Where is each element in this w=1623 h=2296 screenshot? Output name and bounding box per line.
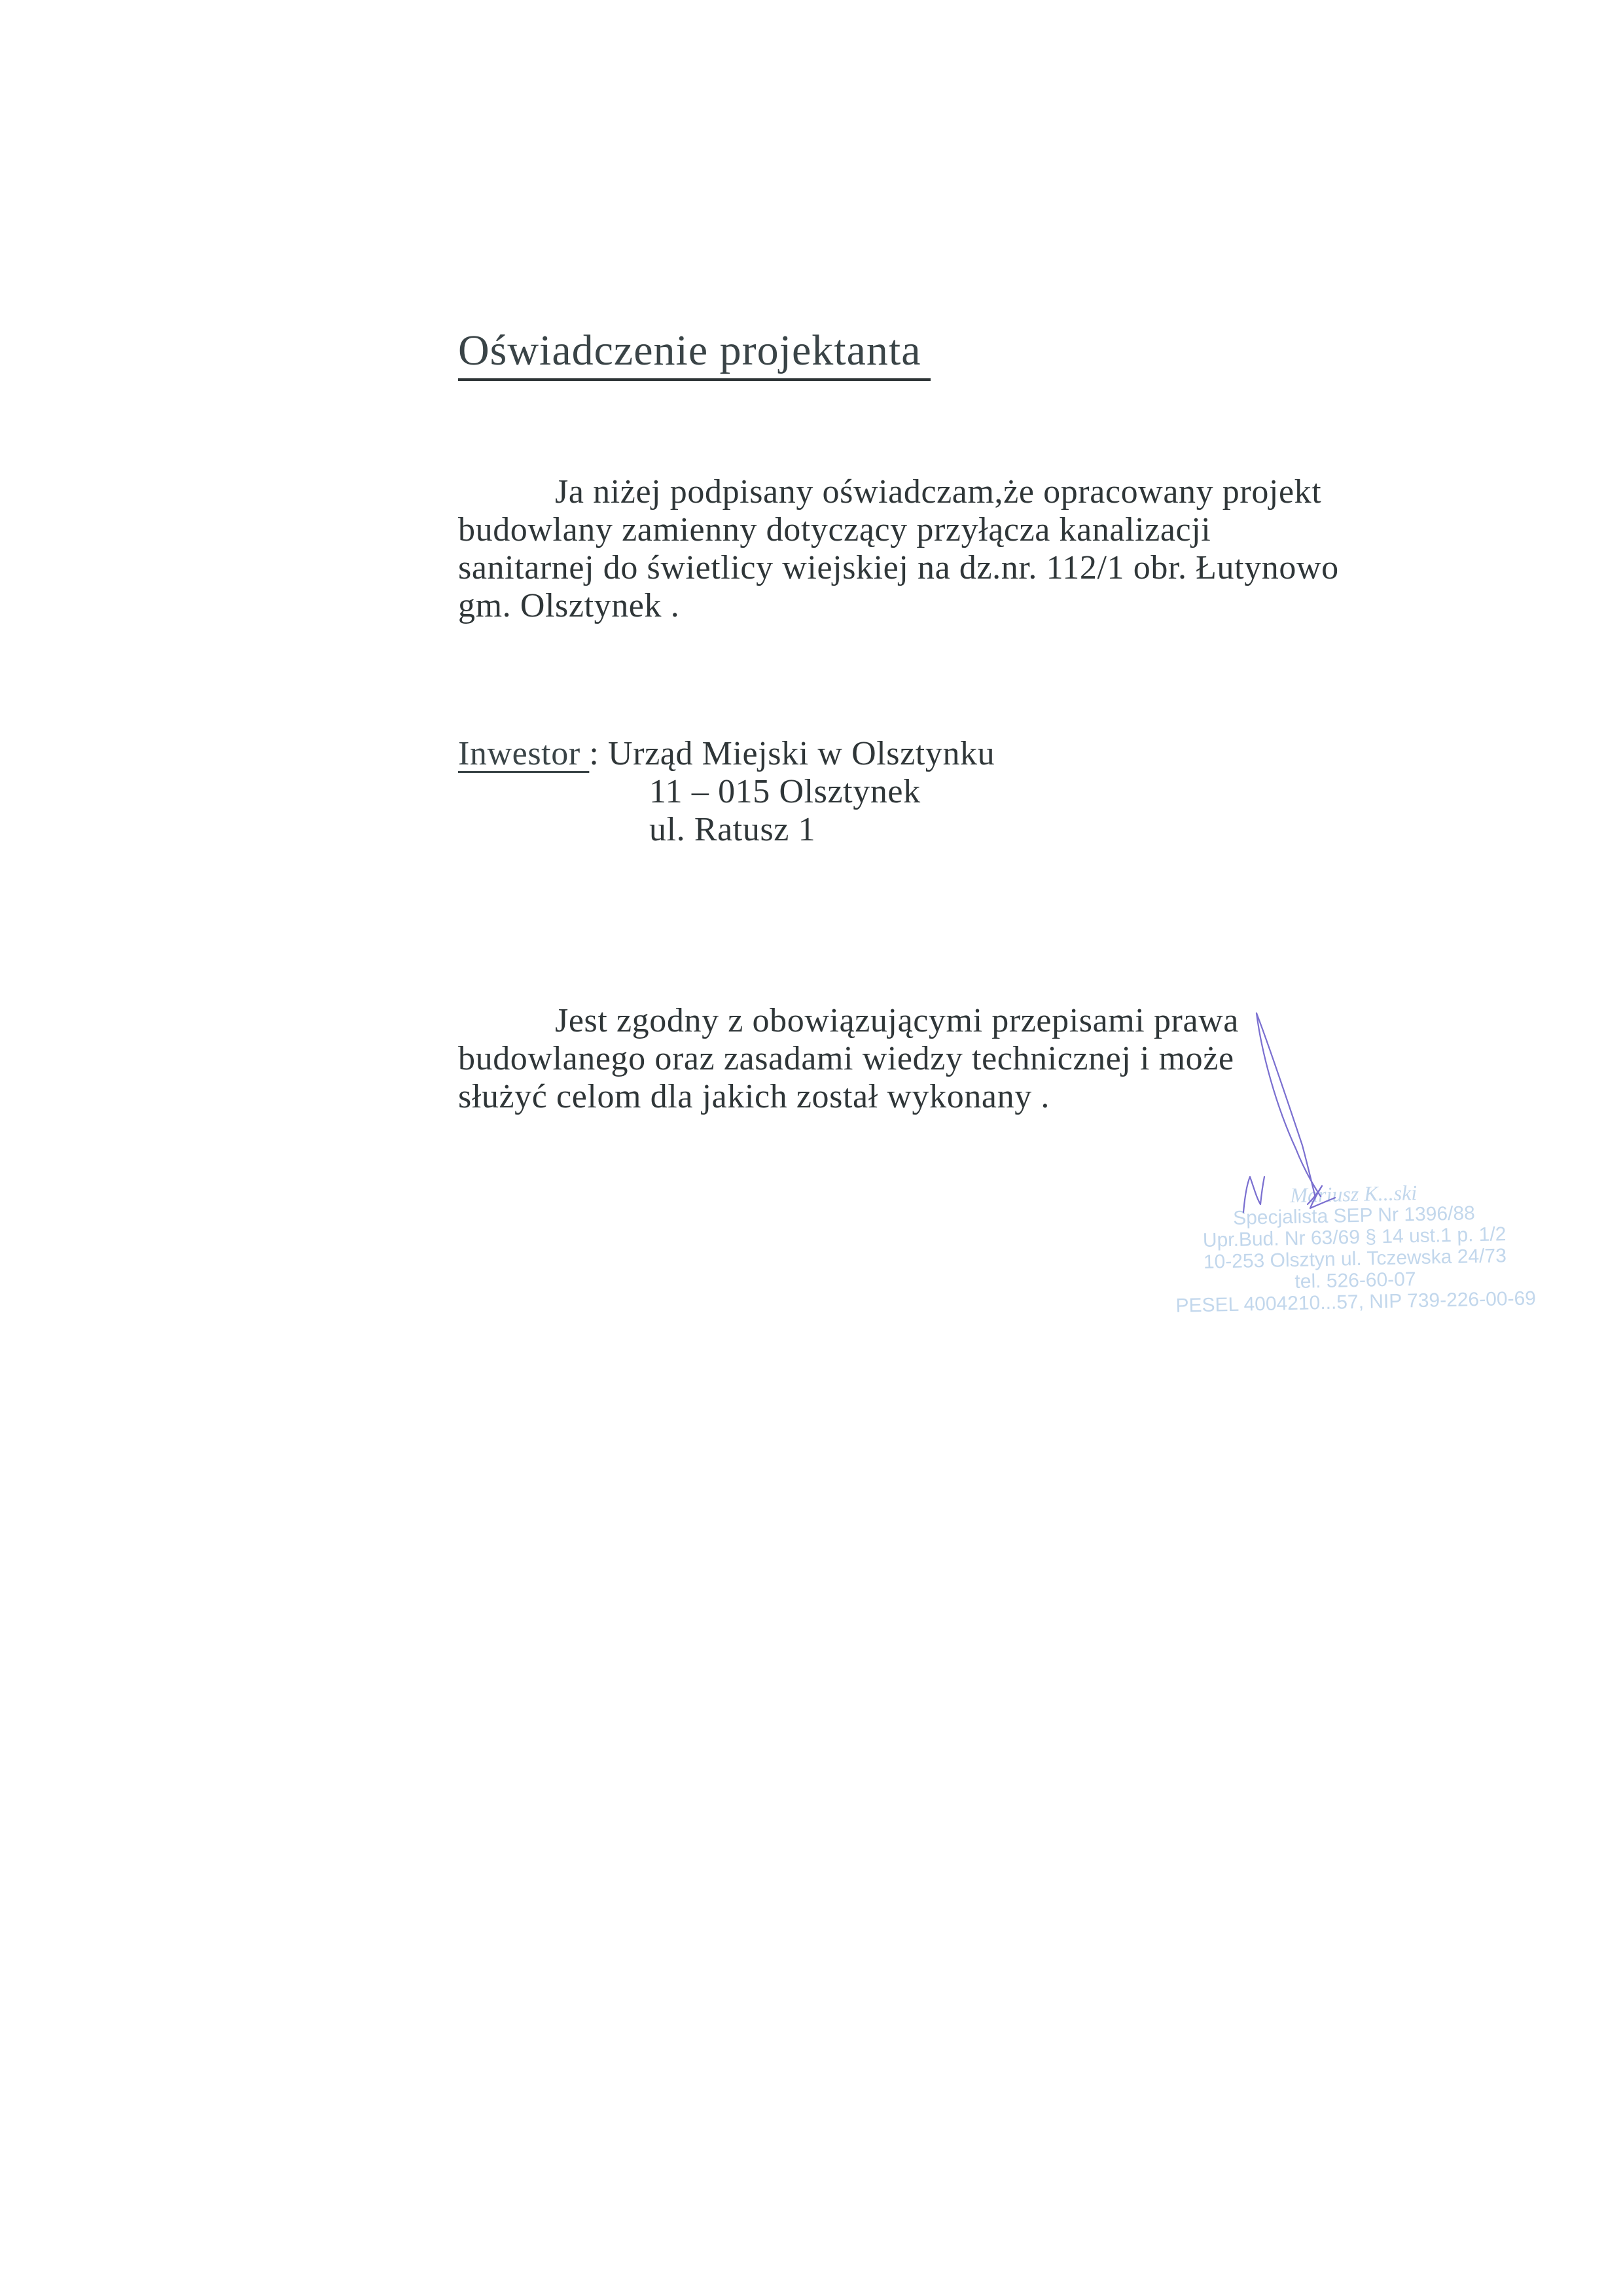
conclusion-paragraph: Jest zgodny z obowiązującymi przepisami … [458,1002,1239,1116]
investor-separator: : [589,735,608,772]
declaration-line: Ja niżej podpisany oświadczam,że opracow… [458,473,1339,511]
document-page: Oświadczenie projektanta Ja niżej podpis… [0,0,1623,2296]
investor-street: ul. Ratusz 1 [458,811,995,849]
investor-block: Inwestor : Urząd Miejski w Olsztynku 11 … [458,735,995,849]
declaration-line: budowlany zamienny dotyczący przyłącza k… [458,511,1339,549]
document-title: Oświadczenie projektanta [458,325,931,381]
investor-label: Inwestor [458,735,589,772]
investor-name: Urząd Miejski w Olsztynku [608,735,995,772]
investor-postal-city: 11 – 015 Olsztynek [458,773,995,811]
declaration-paragraph: Ja niżej podpisany oświadczam,że opracow… [458,473,1339,625]
handwritten-signature [1230,1008,1387,1217]
conclusion-line: Jest zgodny z obowiązującymi przepisami … [458,1002,1239,1040]
conclusion-line: służyć celom dla jakich został wykonany … [458,1078,1239,1116]
declaration-line: gm. Olsztynek . [458,587,1339,625]
declaration-line: sanitarnej do świetlicy wiejskiej na dz.… [458,549,1339,587]
investor-row: Inwestor : Urząd Miejski w Olsztynku [458,735,995,773]
conclusion-line: budowlanego oraz zasadami wiedzy technic… [458,1040,1239,1078]
